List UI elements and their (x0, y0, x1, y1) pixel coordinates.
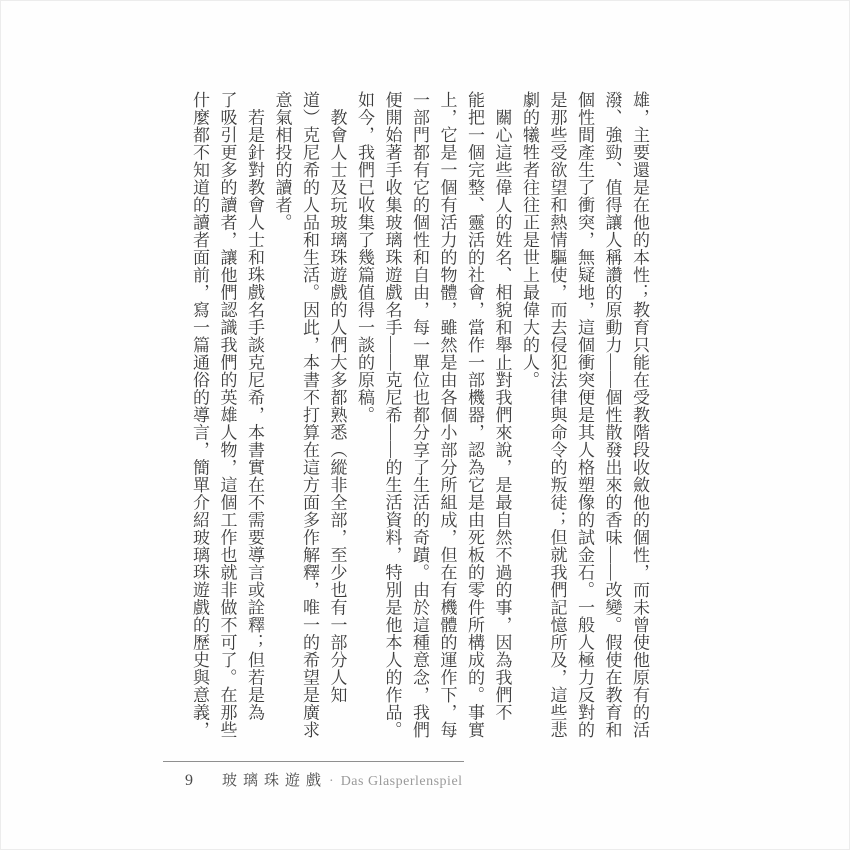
text-column: 若是針對教會人士和珠戲名手談克尼希，本書實在不需要導言或詮釋；但若是為 (241, 91, 269, 745)
text-column: 一部門都有它的個性和自由，每一單位也都分享了生活的奇蹟。由於這種意念，我們 (406, 91, 434, 745)
running-title-chinese: 玻璃珠遊戲 (222, 769, 327, 790)
text-column: 意氣相投的讀者。 (268, 91, 296, 745)
page-number: 9 (185, 772, 222, 790)
text-column: 個性間產生了衝突，無疑地，這個衝突便是其人格塑像的試金石。一般人極力反對的 (571, 91, 599, 745)
text-column: 是那些受欲望和熱情驅使，而去侵犯法律與命令的叛徒；但就我們記憶所及，這些悲 (543, 91, 571, 745)
text-column: 上，它是一個有活力的物體，雖然是由各個小部分所組成，但在有機體的運作下，每 (433, 91, 461, 745)
book-page: 雄，主要還是在他的本性；教育只能在受教階段收斂他的個性，而未曾使他原有的活 潑、… (0, 0, 850, 850)
body-text: 雄，主要還是在他的本性；教育只能在受教階段收斂他的個性，而未曾使他原有的活 潑、… (186, 91, 654, 745)
text-column: 什麼都不知道的讀者面前，寫一篇通俗的導言，簡單介紹玻璃珠遊戲的歷史與意義， (186, 91, 214, 745)
text-column: 了吸引更多的讀者，讓他們認識我們的英雄人物，這個工作也就非做不可了。在那些 (213, 91, 241, 745)
running-title-german: Das Glasperlenspiel (341, 774, 463, 790)
text-column: 教會人士及玩玻璃珠遊戲的人們大多都熟悉（縱非全部，至少也有一部分人知 (323, 91, 351, 745)
text-column: 如今，我們已收集了幾篇值得一談的原稿。 (351, 91, 379, 745)
text-column: 劇的犧牲者往往正是世上最偉大的人。 (516, 91, 544, 745)
text-column: 便開始著手收集玻璃珠遊戲名手——克尼希——的生活資料，特別是他本人的作品。 (378, 91, 406, 745)
text-column: 雄，主要還是在他的本性；教育只能在受教階段收斂他的個性，而未曾使他原有的活 (626, 91, 654, 745)
footer-divider (163, 761, 464, 762)
text-column: 關心這些偉人的姓名、相貌和舉止對我們來說，是最自然不過的事，因為我們不 (488, 91, 516, 745)
title-separator-dot: · (329, 774, 334, 790)
text-column: 能把一個完整、靈活的社會，當作一部機器，認為它是由死板的零件所構成的。事實 (461, 91, 489, 745)
page-footer: 9 玻璃珠遊戲 · Das Glasperlenspiel (185, 769, 463, 790)
text-column: 道）克尼希的人品和生活。因此，本書不打算在這方面多作解釋，唯一的希望是廣求 (296, 91, 324, 745)
text-column: 潑、強勁、值得讓人稱讚的原動力——個性散發出來的香味——改變。假使在教育和 (598, 91, 626, 745)
